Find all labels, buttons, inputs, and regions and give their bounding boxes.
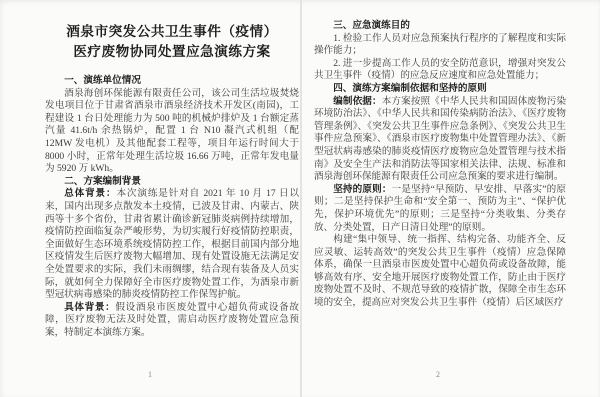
section-heading-unit-info: 一、演练单位情况 [45, 75, 299, 88]
specific-background-label: 具体背景： [64, 302, 115, 313]
purpose-item-2: 2. 进一步提高工作人员的安全防范意识，增强对突发公共卫生事件（疫情）的应急反应… [314, 58, 566, 83]
title-line-2: 医疗废物协同处置应急演练方案 [45, 42, 299, 62]
document-scan: 酒泉市突发公共卫生事件（疫情） 医疗废物协同处置应急演练方案 一、演练单位情况 … [0, 0, 600, 397]
title-line-1: 酒泉市突发公共卫生事件（疫情） [45, 22, 299, 42]
page-number-1: 1 [148, 371, 152, 379]
principles-label: 坚持的原则： [333, 184, 391, 195]
compilation-basis-text: 本方案按照《中华人民共和国固体废物污染环境防治法》、《中华人民共和国传染病防治法… [314, 96, 566, 183]
paragraph-general-background: 总体背景：本次演练是针对自 2021 年 10 月 17 日以来，国内出现多点散… [45, 188, 299, 301]
page-number-2: 2 [436, 371, 440, 379]
paragraph-compilation-basis: 编制依据：本方案按照《中华人民共和国固体废物污染环境防治法》、《中华人民共和国传… [314, 96, 566, 184]
page-divider [300, 0, 302, 397]
general-background-label: 总体背景： [64, 188, 116, 199]
paragraph-system-construction: 构建“集中领导、统一指挥、结构完备、功能齐全、反应灵敏、运转高效”的突发公共卫生… [314, 234, 566, 310]
document-title: 酒泉市突发公共卫生事件（疫情） 医疗废物协同处置应急演练方案 [45, 22, 299, 62]
compilation-basis-label: 编制依据： [333, 96, 382, 107]
section-heading-basis-principles: 四、演练方案编制依据和坚持的原则 [314, 83, 566, 96]
page-2-content: 三、应急演练目的 1. 检验工作人员对应急预案执行程序的了解程度和实际操作能力；… [314, 20, 566, 310]
section-heading-plan-background: 二、方案编制背景 [45, 176, 299, 189]
section-heading-drill-purpose: 三、应急演练目的 [314, 20, 566, 33]
paragraph-unit-overview: 酒泉海创环保能源有限责任公司，该公司生活垃圾焚烧发电项目位于甘肃省酒泉市酒泉经济… [45, 88, 299, 176]
general-background-text: 本次演练是针对自 2021 年 10 月 17 日以来，国内出现多点散发本土疫情… [45, 188, 299, 300]
paragraph-specific-background: 具体背景：假设酒泉市医废处置中心超负荷或设备故障，医疗废物无法及时处置，需启动医… [45, 302, 299, 340]
page-1-content: 酒泉市突发公共卫生事件（疫情） 医疗废物协同处置应急演练方案 一、演练单位情况 … [45, 20, 299, 339]
paragraph-principles: 坚持的原则：一是坚持“早预防、早安排、早落实”的原则；二是坚持保护生命和“安全第… [314, 184, 566, 234]
purpose-item-1: 1. 检验工作人员对应急预案执行程序的了解程度和实际操作能力； [314, 33, 566, 58]
